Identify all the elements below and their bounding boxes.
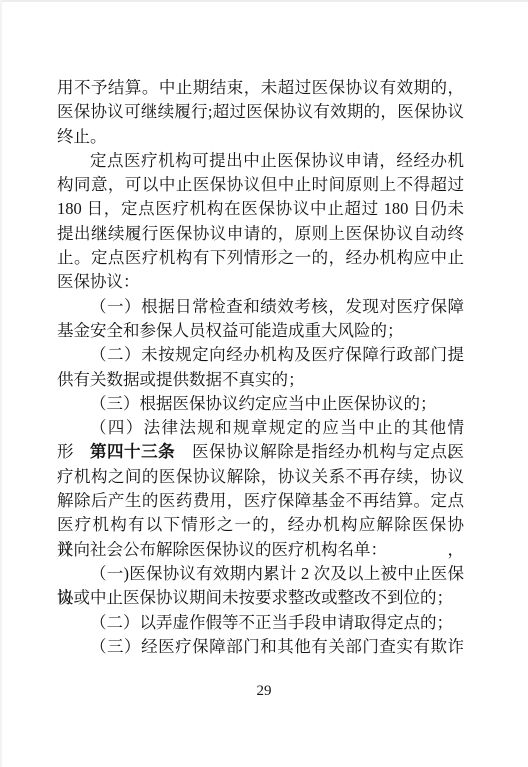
text-line: 构同意，可以中止医保协议但中止时间原则上不得超过 [57,173,464,197]
text-line: （三）根据医保协议约定应当中止医保协议的； [57,392,464,416]
text-segment: （二）未按规定向经办机构及医疗保障行政部门提 [90,345,464,364]
text-segment: （三）根据医保协议约定应当中止医保协议的； [90,394,437,413]
scan-edge-left [0,0,2,767]
document-page: 用不予结算。中止期结束，未超过医保协议有效期的，医保协议可继续履行;超过医保协议… [0,0,528,767]
text-segment: 定点医疗机构可提出中止医保协议申请，经经办机 [90,151,464,170]
text-line: （三）经医疗保障部门和其他有关部门查实有欺诈 [57,635,464,659]
text-segment: 供有关数据或提供数据不真实的； [57,370,305,389]
text-segment: 医保协议： [57,272,140,291]
text-line: 基金安全和参保人员权益可能造成重大风险的； [57,319,464,343]
text-line: （二）未按规定向经办机构及医疗保障行政部门提 [57,343,464,367]
text-line: 解除后产生的医药费用，医疗保障基金不再结算。定点 [57,489,464,513]
text-segment: 疗机构之间的医保协议解除，协议关系不再存续，协议 [57,467,464,486]
text-line: 第四十三条 医保协议解除是指经办机构与定点医 [57,440,464,464]
article-number-heading: 第四十三条 [90,442,175,461]
text-segment: 终止。 [57,127,107,146]
page-number: 29 [0,681,528,701]
text-line: 供有关数据或提供数据不真实的； [57,368,464,392]
text-segment: 止。定点医疗机构有下列情形之一的，经办机构应中止 [57,248,464,267]
text-segment: 基金安全和参保人员权益可能造成重大风险的； [57,321,404,340]
text-block: 用不予结算。中止期结束，未超过医保协议有效期的，医保协议可继续履行;超过医保协议… [57,76,464,659]
text-segment: 构同意，可以中止医保协议但中止时间原则上不得超过 [57,175,464,194]
text-line: 医保协议： [57,270,464,294]
text-line: （二）以弄虚作假等不正当手段申请取得定点的； [57,611,464,635]
text-segment: （一）根据日常检查和绩效考核，发现对医疗保障 [90,297,464,316]
text-line: （一）根据日常检查和绩效考核，发现对医疗保障 [57,295,464,319]
scan-edge-top [0,0,528,2]
text-line: （四）法律法规和规章规定的应当中止的其他情形。 [57,416,464,440]
text-line: 用不予结算。中止期结束，未超过医保协议有效期的， [57,76,464,100]
text-line: 医保协议可继续履行;超过医保协议有效期的，医保协议 [57,100,464,124]
text-line: 医疗机构有以下情形之一的，经办机构应解除医保协议， [57,513,464,537]
text-line: 180 日，定点医疗机构在医保协议中止超过 180 日仍未 [57,197,464,221]
text-line: 终止。 [57,125,464,149]
text-line: （一)医保协议有效期内累计 2 次及以上被中止医保协 [57,562,464,586]
text-segment: 议或中止医保协议期间未按要求整改或整改不到位的； [57,588,453,607]
text-segment: 提出继续履行医保协议申请的，原则上医保协议自动终 [57,224,464,243]
text-segment: 解除后产生的医药费用，医疗保障基金不再结算。定点 [57,491,464,510]
text-segment: 并向社会公布解除医保协议的医疗机构名单： [57,540,387,559]
text-line: 止。定点医疗机构有下列情形之一的，经办机构应中止 [57,246,464,270]
text-segment: 医保协议可继续履行;超过医保协议有效期的，医保协议 [57,102,464,121]
text-segment: （三）经医疗保障部门和其他有关部门查实有欺诈 [90,637,464,656]
text-line: 定点医疗机构可提出中止医保协议申请，经经办机 [57,149,464,173]
text-line: 议或中止医保协议期间未按要求整改或整改不到位的； [57,586,464,610]
text-line: 提出继续履行医保协议申请的，原则上医保协议自动终 [57,222,464,246]
text-segment: 180 日，定点医疗机构在医保协议中止超过 180 日仍未 [57,199,464,218]
text-segment: （二）以弄虚作假等不正当手段申请取得定点的； [90,613,453,632]
text-segment: 用不予结算。中止期结束，未超过医保协议有效期的， [57,78,464,97]
text-segment: 医保协议解除是指经办机构与定点医 [175,442,464,461]
text-line: 疗机构之间的医保协议解除，协议关系不再存续，协议 [57,465,464,489]
